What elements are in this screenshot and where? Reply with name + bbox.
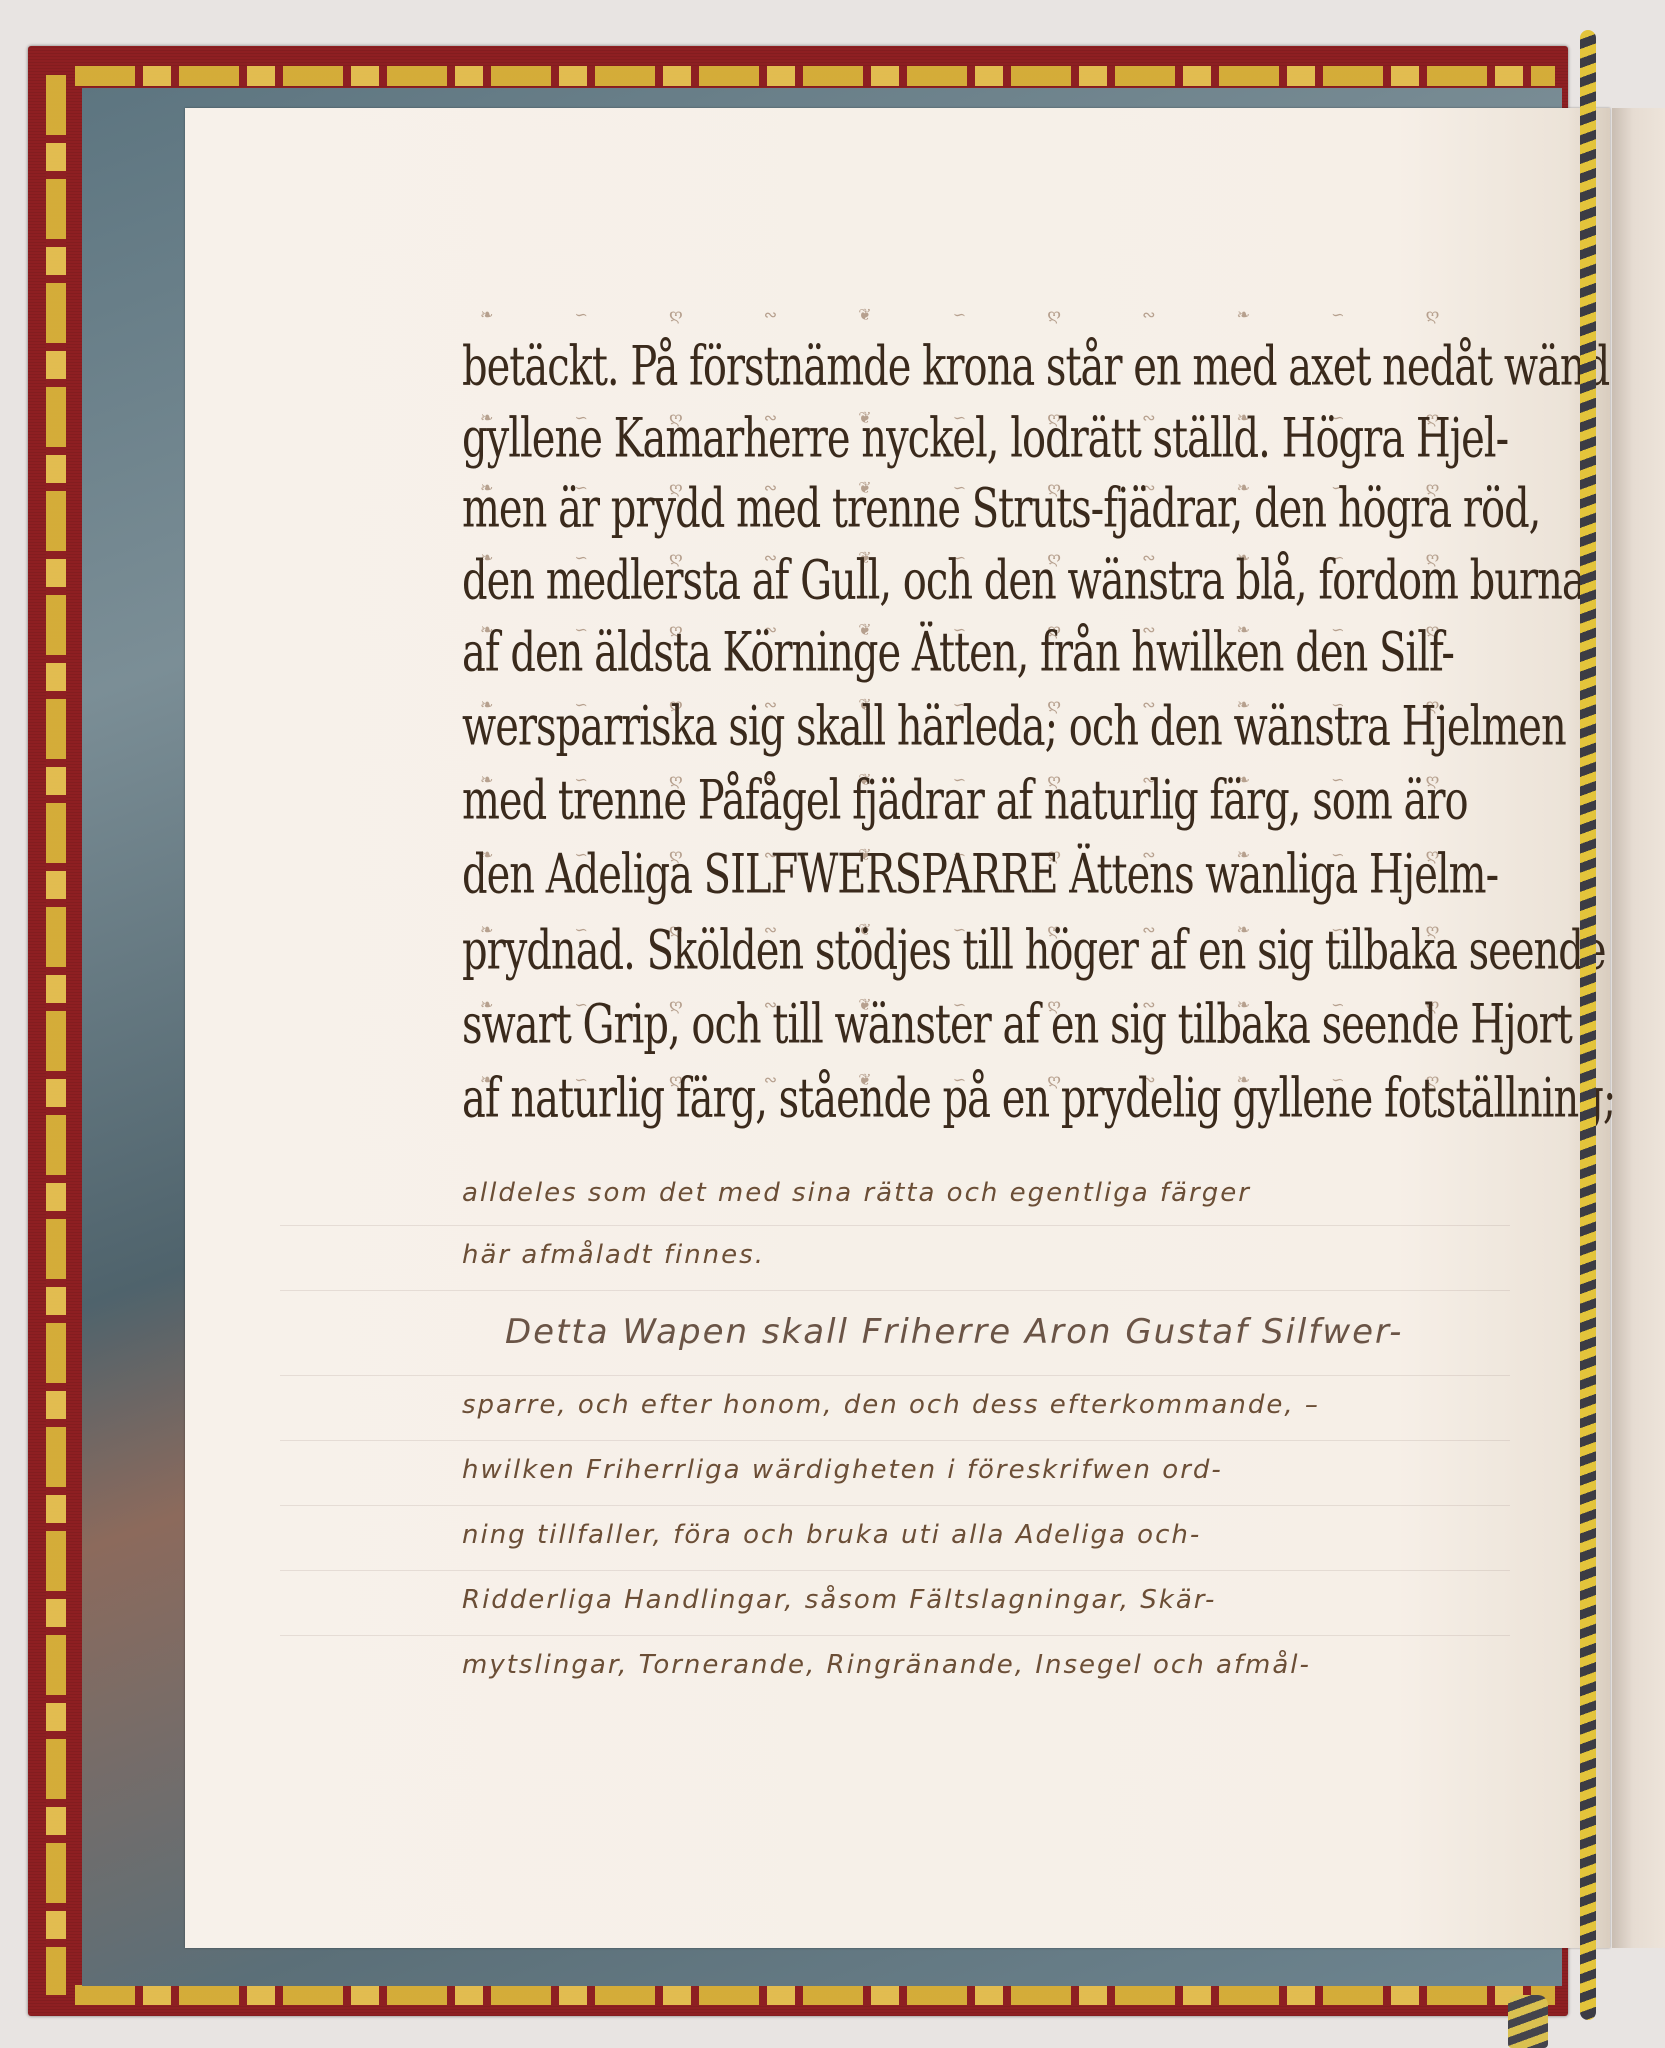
cursive-line: hwilken Friherrliga wärdigheten i föresk… xyxy=(462,1455,1512,1485)
blackletter-line: wersparriska sig skall härleda; och den … xyxy=(462,696,1512,758)
cursive-line: här afmåladt finnes. xyxy=(462,1240,1512,1270)
blackletter-line: den Adeliga SILFWERSPARRE Ättens wanliga… xyxy=(462,844,1512,906)
blackletter-line: den medlersta af Gull, och den wänstra b… xyxy=(462,550,1512,612)
cursive-line: sparre, och efter honom, den och dess ef… xyxy=(462,1390,1512,1420)
ruled-line xyxy=(280,1570,1510,1571)
blackletter-line: prydnad. Skölden stödjes till höger af e… xyxy=(462,920,1512,982)
ruled-line xyxy=(280,1635,1510,1636)
blackletter-line: swart Grip, och till wänster af en sig t… xyxy=(462,994,1512,1056)
gilt-border-top xyxy=(75,66,1555,86)
cursive-line: mytslingar, Tornerande, Ringränande, Ins… xyxy=(462,1650,1512,1680)
blackletter-line: betäckt. På förstnämde krona står en med… xyxy=(462,336,1512,398)
blackletter-line: med trenne Påfågel fjädrar af naturlig f… xyxy=(462,770,1512,832)
ruled-line xyxy=(280,1375,1510,1376)
cord-tassel xyxy=(1508,1995,1548,2048)
ruled-line xyxy=(280,1290,1510,1291)
blackletter-line: af naturlig färg, stående på en prydelig… xyxy=(462,1068,1512,1130)
ruled-line xyxy=(280,1225,1510,1226)
ruled-line xyxy=(280,1505,1510,1506)
flourish-row: ❧ ∽ ღ ∾ ❦ ∽ ღ ∾ ❧ ∽ ღ xyxy=(480,305,1510,325)
cursive-line-heading: Detta Wapen skall Friherre Aron Gustaf S… xyxy=(505,1312,1555,1352)
cursive-line: alldeles som det med sina rätta och egen… xyxy=(462,1178,1512,1208)
ruled-line xyxy=(280,1440,1510,1441)
adjacent-page-edge xyxy=(1612,108,1665,1948)
cursive-line: Ridderliga Handlingar, såsom Fältslagnin… xyxy=(462,1585,1512,1615)
gilt-border-bottom xyxy=(75,1985,1555,2005)
bookmark-cord[interactable] xyxy=(1580,30,1596,2020)
blackletter-line: af den äldsta Körninge Ätten, från hwilk… xyxy=(462,622,1512,684)
blackletter-line: men är prydd med trenne Struts-fjädrar, … xyxy=(462,478,1512,540)
blackletter-line: gyllene Kamarherre nyckel, lodrätt ställ… xyxy=(462,408,1512,470)
gilt-border-left xyxy=(46,75,66,1995)
cursive-line: ning tillfaller, föra och bruka uti alla… xyxy=(462,1520,1512,1550)
